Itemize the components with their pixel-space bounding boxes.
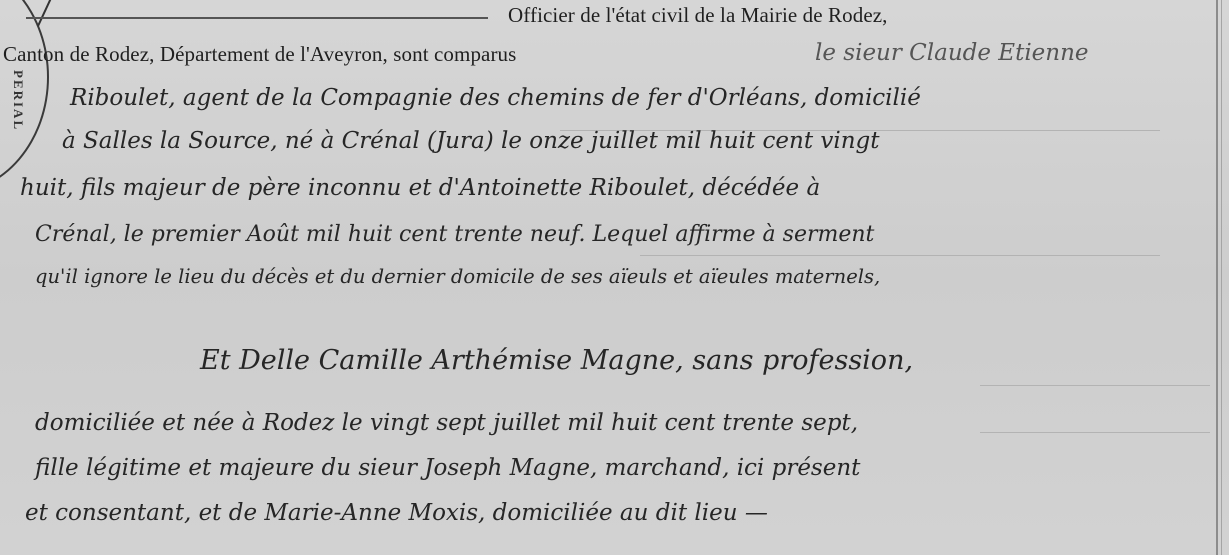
faint-ruled-line [640, 255, 1160, 256]
handwritten-line-8: domiciliée et née à Rodez le vingt sept … [35, 410, 858, 436]
faint-ruled-line [980, 432, 1210, 433]
printed-line-officer: Officier de l'état civil de la Mairie de… [508, 3, 888, 28]
seal-text: PERIAL [10, 70, 26, 131]
handwritten-line-3: à Salles la Source, né à Crénal (Jura) l… [62, 128, 880, 154]
handwritten-line-5: Crénal, le premier Août mil huit cent tr… [35, 222, 874, 247]
handwritten-line-2: Riboulet, agent de la Compagnie des chem… [70, 85, 921, 111]
pen-stroke [37, 0, 53, 27]
handwritten-line-6: qu'il ignore le lieu du décès et du dern… [35, 265, 880, 288]
margin-line [1216, 0, 1218, 555]
document-page: PERIAL Officier de l'état civil de la Ma… [0, 0, 1229, 555]
handwritten-line-1: le sieur Claude Etienne [815, 40, 1089, 66]
faint-ruled-line [980, 385, 1210, 386]
printed-line-canton: Canton de Rodez, Département de l'Aveyro… [3, 42, 516, 67]
handwritten-line-4: huit, fils majeur de père inconnu et d'A… [20, 175, 820, 201]
handwritten-line-9: fille légitime et majeure du sieur Josep… [35, 455, 860, 481]
top-rule-line [26, 17, 488, 19]
handwritten-line-10: et consentant, et de Marie-Anne Moxis, d… [25, 500, 768, 526]
margin-line [1221, 0, 1222, 555]
handwritten-line-7: Et Delle Camille Arthémise Magne, sans p… [200, 345, 913, 376]
